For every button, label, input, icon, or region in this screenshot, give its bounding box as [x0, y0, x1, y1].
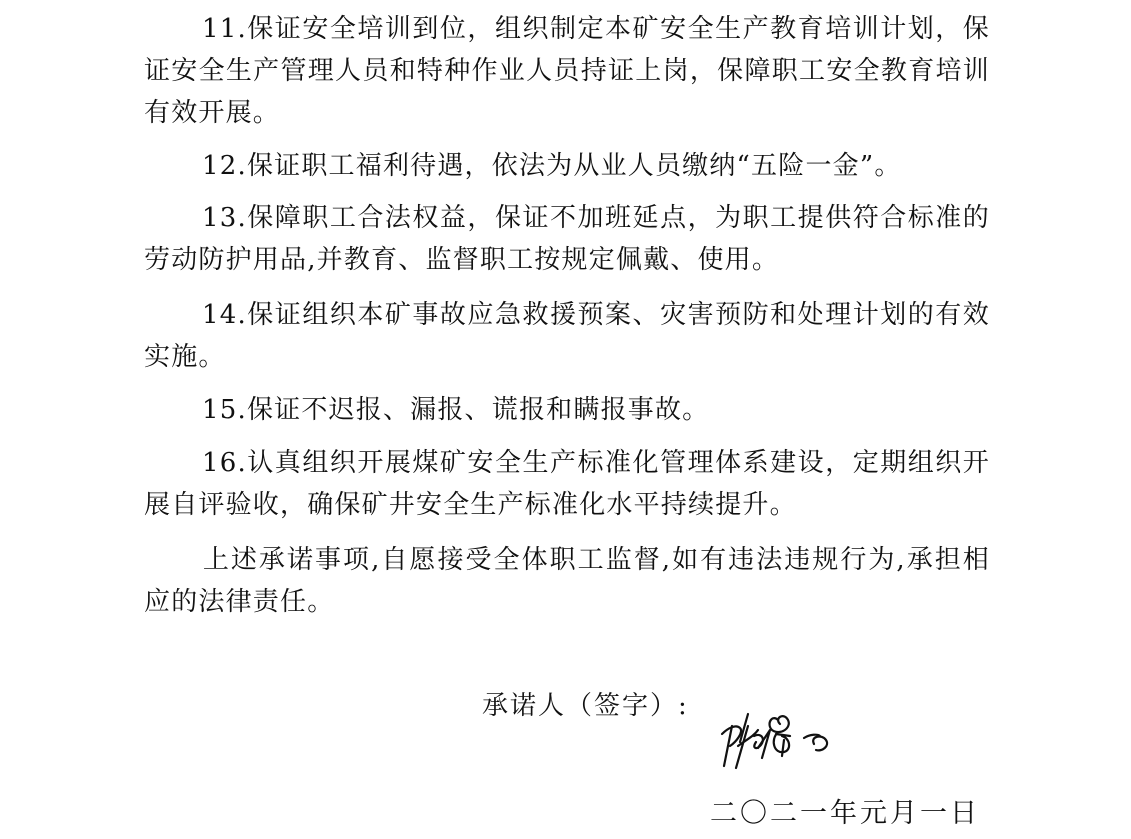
- item-text: 保证安全培训到位，组织制定本矿安全生产教育培训计划，保证安全生产管理人员和特种作…: [144, 14, 990, 128]
- item-number: 14.: [202, 300, 247, 330]
- commitment-item-12: 12.保证职工福利待遇，依法为从业人员缴纳“五险一金”。: [144, 145, 990, 187]
- item-number: 13.: [202, 203, 247, 233]
- signing-date: 二〇二一年元月一日: [710, 794, 980, 834]
- document-page: 11.保证安全培训到位，组织制定本矿安全生产教育培训计划，保证安全生产管理人员和…: [0, 0, 1131, 839]
- item-text: 上述承诺事项,自愿接受全体职工监督,如有违法违规行为,承担相应的法律责任。: [144, 545, 990, 617]
- item-text: 保证组织本矿事故应急救援预案、灾害预防和处理计划的有效实施。: [144, 300, 990, 372]
- closing-statement: 上述承诺事项,自愿接受全体职工监督,如有违法违规行为,承担相应的法律责任。: [144, 539, 990, 623]
- commitment-item-14: 14.保证组织本矿事故应急救援预案、灾害预防和处理计划的有效实施。: [144, 294, 990, 378]
- commitment-item-13: 13.保障职工合法权益，保证不加班延点，为职工提供符合标准的劳动防护用品,并教育…: [144, 197, 990, 281]
- item-text: 保证不迟报、漏报、谎报和瞒报事故。: [247, 395, 709, 425]
- item-number: 16.: [202, 448, 247, 478]
- commitment-item-15: 15.保证不迟报、漏报、谎报和瞒报事故。: [144, 389, 990, 431]
- commitment-item-16: 16.认真组织开展煤矿安全生产标准化管理体系建设，定期组织开展自评验收，确保矿井…: [144, 442, 990, 526]
- signature-label: 承诺人（签字）:: [482, 686, 689, 726]
- item-number: 11.: [202, 14, 247, 44]
- item-text: 保证职工福利待遇，依法为从业人员缴纳“五险一金”。: [247, 151, 902, 181]
- commitment-item-11: 11.保证安全培训到位，组织制定本矿安全生产教育培训计划，保证安全生产管理人员和…: [144, 8, 990, 134]
- item-number: 12.: [202, 151, 247, 181]
- item-text: 保障职工合法权益，保证不加班延点，为职工提供符合标准的劳动防护用品,并教育、监督…: [144, 203, 990, 275]
- item-number: 15.: [202, 395, 247, 425]
- handwritten-signature-icon: [718, 706, 868, 776]
- item-text: 认真组织开展煤矿安全生产标准化管理体系建设，定期组织开展自评验收，确保矿井安全生…: [144, 448, 990, 520]
